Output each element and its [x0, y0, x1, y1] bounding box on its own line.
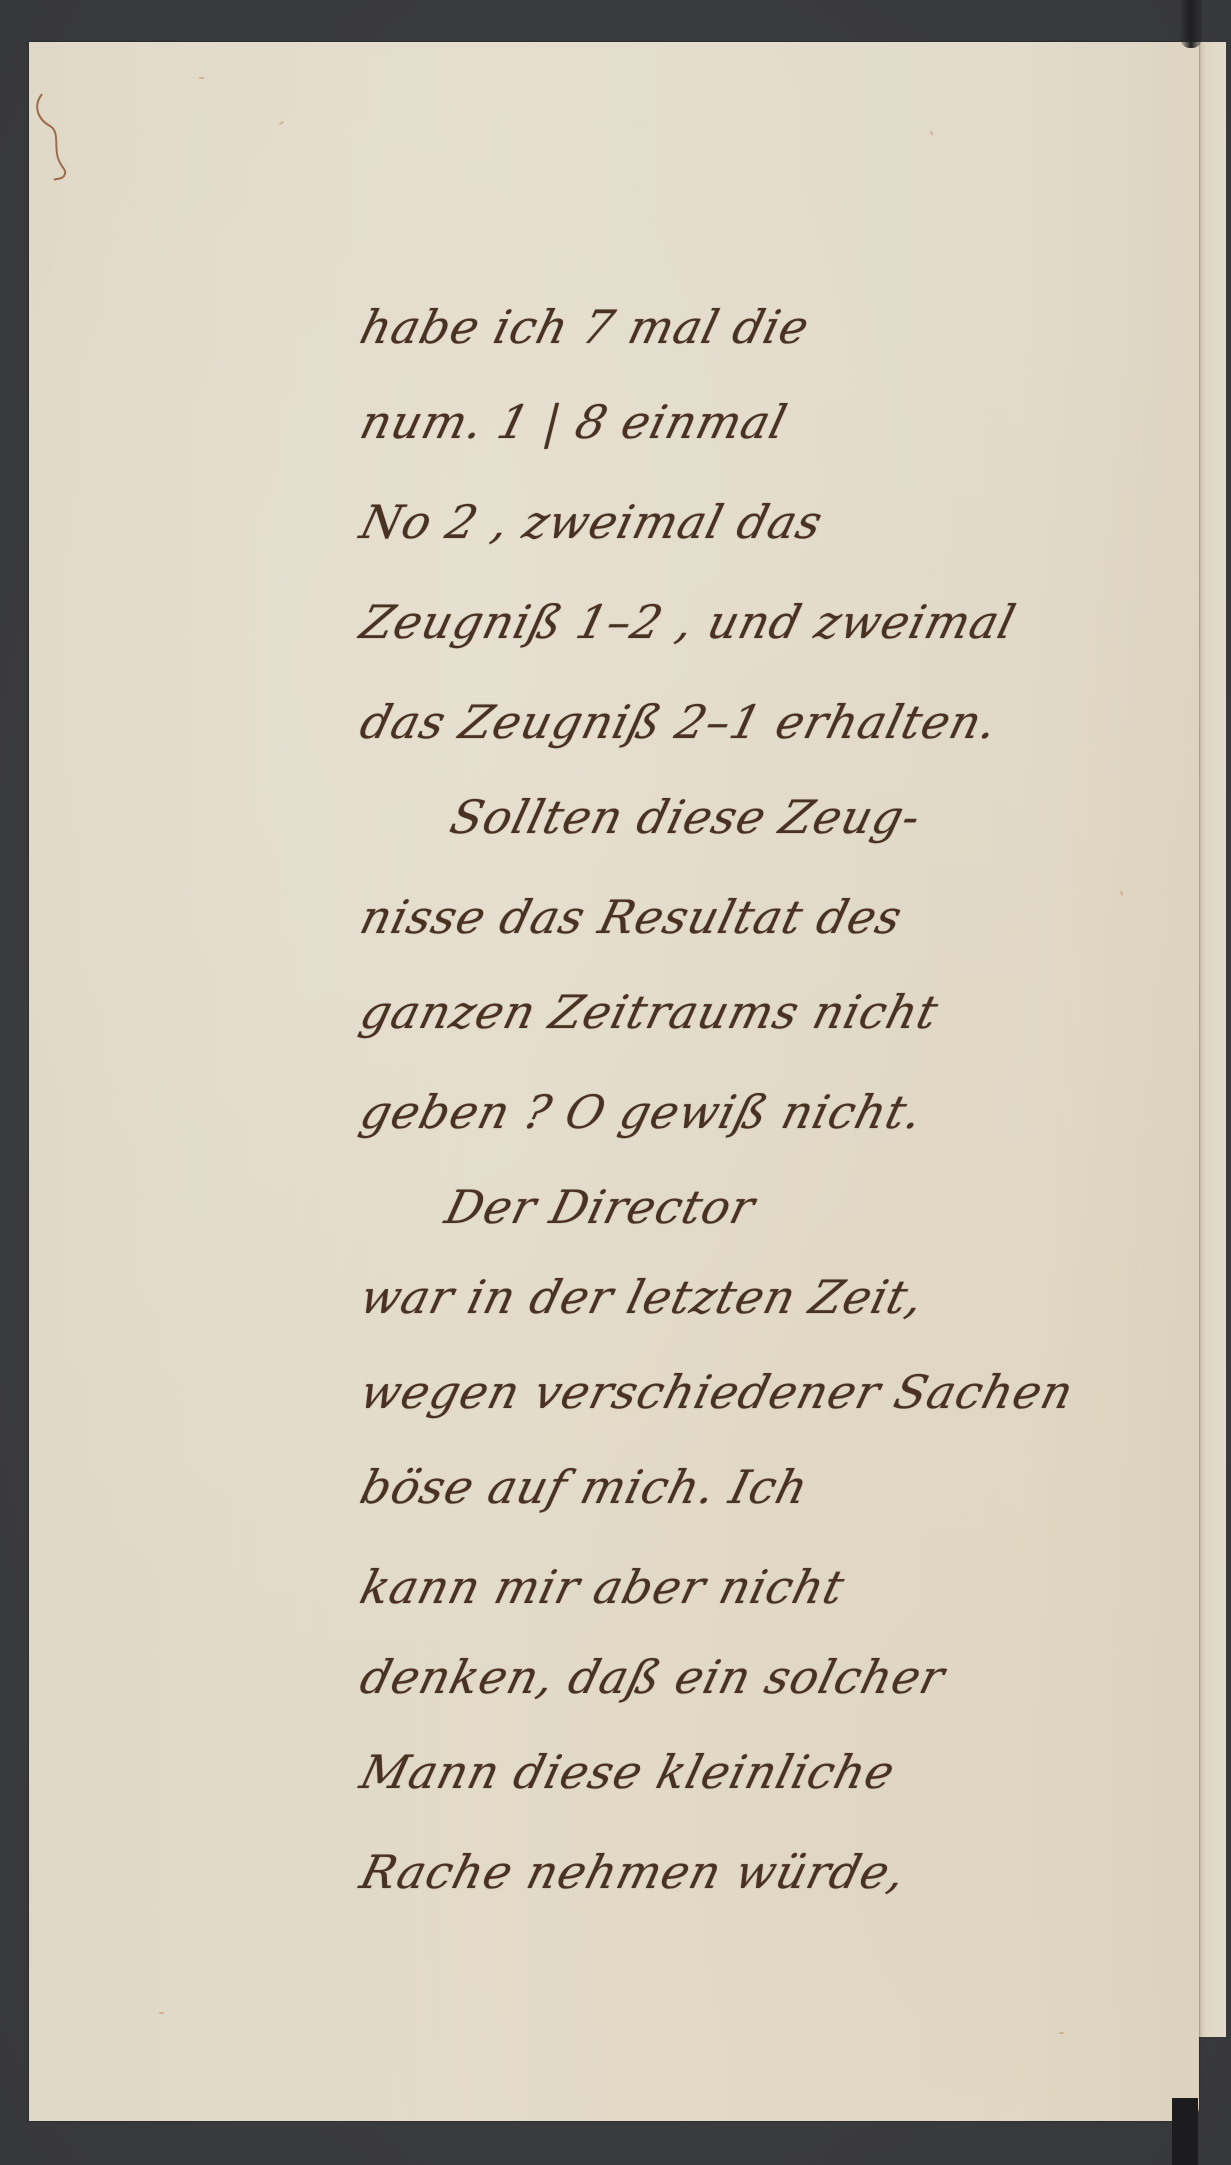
spine-shadow-bottom [1172, 2098, 1198, 2165]
manuscript-line-1: habe ich 7 mal die [355, 300, 815, 354]
manuscript-line-15: denken, daß ein solcher [355, 1650, 951, 1704]
manuscript-line-5: das Zeugniß 2–1 erhalten. [355, 695, 1004, 749]
manuscript-line-3: No 2 , zweimal das [355, 495, 829, 549]
manuscript-line-4: Zeugniß 1–2 , und zweimal [355, 595, 1021, 649]
manuscript-line-16: Mann diese kleinliche [355, 1745, 901, 1799]
manuscript-line-7: nisse das Resultat des [355, 890, 908, 944]
manuscript-line-14: kann mir aber nicht [355, 1560, 851, 1614]
manuscript-line-8: ganzen Zeitraums nicht [355, 985, 944, 1039]
scan-background: habe ich 7 mal die num. 1 | 8 einmal No … [0, 0, 1231, 2165]
manuscript-line-2: num. 1 | 8 einmal [355, 395, 793, 449]
manuscript-line-10: Der Director [440, 1180, 761, 1234]
spine-shadow-top [1180, 0, 1202, 48]
manuscript-line-9: geben ? O gewiß nicht. [355, 1085, 929, 1139]
manuscript-line-17: Rache nehmen würde, [355, 1845, 912, 1899]
manuscript-line-12: wegen verschiedener Sachen [355, 1365, 1079, 1419]
manuscript-line-11: war in der letzten Zeit, [355, 1270, 930, 1324]
manuscript-line-13: böse auf mich. Ich [355, 1460, 814, 1514]
manuscript-text: habe ich 7 mal die num. 1 | 8 einmal No … [0, 0, 1231, 2165]
manuscript-line-6: Sollten diese Zeug- [445, 790, 927, 844]
